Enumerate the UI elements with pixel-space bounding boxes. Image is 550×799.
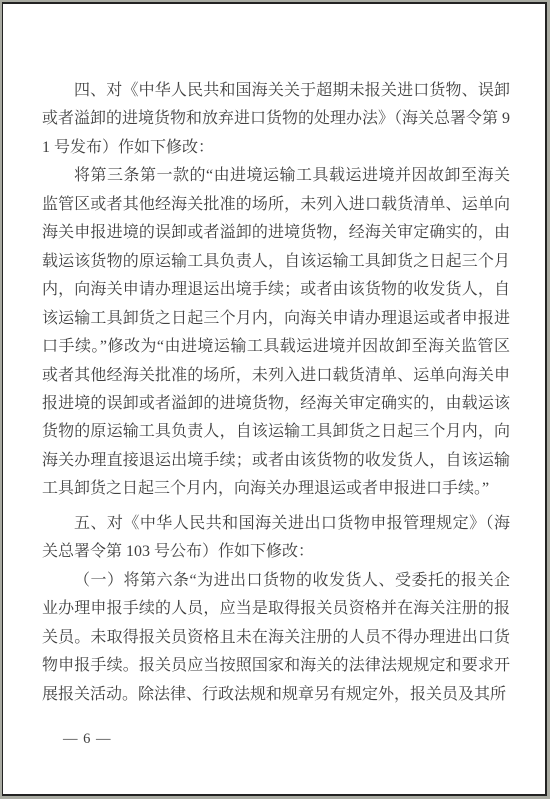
paragraph-article-5-item-1: （一）将第六条“为进出口货物的收发货人、受委托的报关企业办理申报手续的人员，应当… bbox=[42, 567, 510, 709]
document-page: 四、对《中华人民共和国海关关于超期未报关进口货物、误卸或者溢卸的进境货物和放弃进… bbox=[2, 2, 547, 796]
document-body: 四、对《中华人民共和国海关关于超期未报关进口货物、误卸或者溢卸的进境货物和放弃进… bbox=[42, 77, 510, 709]
page-number: — 6 — bbox=[63, 731, 112, 748]
paragraph-article-4-intro: 四、对《中华人民共和国海关关于超期未报关进口货物、误卸或者溢卸的进境货物和放弃进… bbox=[42, 77, 510, 162]
paragraph-article-4-amendment: 将第三条第一款的“由进境运输工具载运进境并因故卸至海关监管区或者其他经海关批准的… bbox=[42, 162, 510, 503]
paragraph-article-5-intro: 五、对《中华人民共和国海关进出口货物申报管理规定》（海关总署令第 103 号公布… bbox=[42, 510, 510, 567]
